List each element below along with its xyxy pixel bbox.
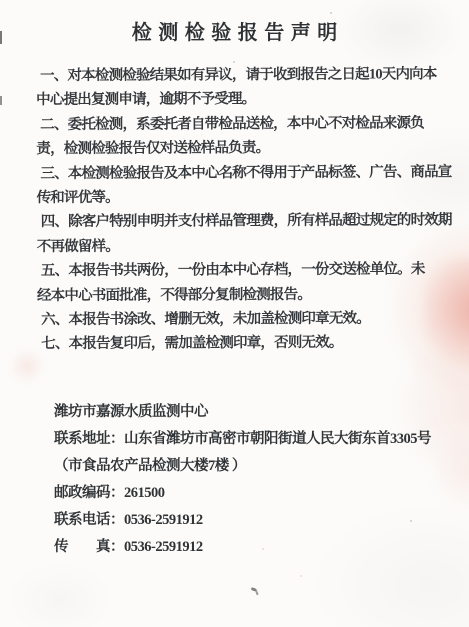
postal-label: 邮政编码： [54,485,124,501]
statement-item-6: 六、本报告书涂改、增删无效，未加盖检测印章无效。 [37,306,457,332]
scan-speck-mark [251,587,258,592]
statement-item-5-line-2: 经本中心书面批准，不得部分复制检测报告。 [37,282,457,308]
statement-item-3-line-1: 三、本检测检验报告及本中心名称不得用于产品标签、广告、商品宣 [36,160,456,186]
fax-line: 传 真：0536-2591912 [54,534,454,561]
statement-item-1-line-1: 一、对本检测检验结果如有异议，请于收到报告之日起10天内向本 [36,62,456,88]
scan-speck-mark [255,591,258,595]
statement-item-1-line-2: 中心提出复测申请，逾期不予受理。 [36,87,456,113]
page-title: 检测检验报告声明 [0,16,469,45]
phone-label: 联系电话： [54,512,124,528]
org-name: 潍坊市嘉源水质监测中心 [54,399,454,426]
address-label: 联系地址： [54,431,124,447]
statement-item-5-line-1: 五、本报告书共两份，一份由本中心存档，一份交送检单位。未 [37,257,457,283]
contact-block: 潍坊市嘉源水质监测中心 联系地址：山东省潍坊市高密市朝阳街道人民大街东首3305… [54,399,454,561]
phone-line: 联系电话：0536-2591912 [54,507,454,534]
statement-item-4-line-2: 不再做留样。 [37,233,457,259]
fax-value: 0536-2591912 [124,539,203,555]
scan-speck [330,12,332,14]
postal-code-line: 邮政编码：261500 [54,480,454,507]
fax-label: 传 真： [54,539,124,555]
contact-address-line2: （市食品农产品检测大楼7楼 ） [54,453,454,480]
scan-edge-mark [0,96,2,105]
postal-value: 261500 [124,485,165,501]
address-value: 山东省潍坊市高密市朝阳街道人民大街东首3305号 [124,431,431,447]
statement-item-3-line-2: 传和评优等。 [37,184,457,210]
statement-item-2-line-2: 责，检测检验报告仅对送检样品负责。 [36,135,456,161]
statement-list: 一、对本检测检验结果如有异议，请于收到报告之日起10天内向本 中心提出复测申请，… [36,62,457,357]
statement-item-2-line-1: 二、委托检测，系委托者自带检品送检，本中心不对检品来源负 [36,111,456,137]
scan-speck [300,575,302,577]
phone-value: 0536-2591912 [124,512,203,528]
scanned-report-statement-page: 检测检验报告声明 一、对本检测检验结果如有异议，请于收到报告之日起10天内向本 … [0,0,469,627]
statement-item-4-line-1: 四、除客户特别申明并支付样品管理费，所有样品超过规定的时效期 [37,209,457,235]
statement-item-7: 七、本报告复印后，需加盖检测印章，否则无效。 [37,331,457,357]
contact-address-line: 联系地址：山东省潍坊市高密市朝阳街道人民大街东首3305号 [54,426,454,453]
